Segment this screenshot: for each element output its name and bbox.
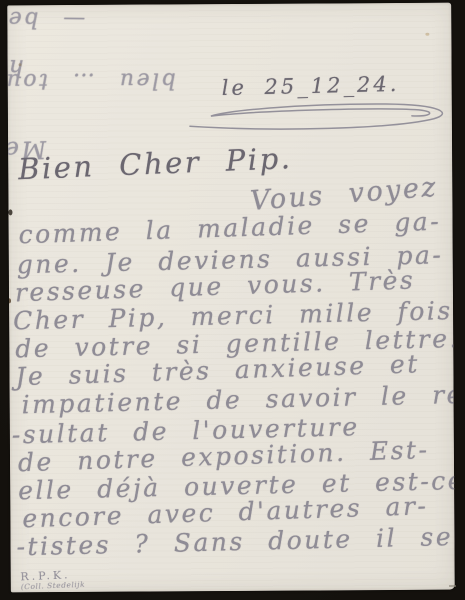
paper-speck <box>8 298 11 303</box>
scanner-edge-mark <box>449 585 456 587</box>
paper-speck <box>425 33 429 36</box>
pen-flourish-loop <box>184 99 455 139</box>
scanned-letter-background: — beaucoup mieux ; bien merci — Complime… <box>0 0 465 600</box>
paper-speck <box>8 209 12 215</box>
inverted-handwriting-line: — beaucoup mieux ; bien merci — <box>7 3 85 30</box>
paper-speck <box>19 63 22 66</box>
inverted-handwriting-line: bleu … tout <box>7 68 176 91</box>
salutation-line: Bien Cher Pip. <box>18 144 293 184</box>
letter-paper-sheet: — beaucoup mieux ; bien merci — Complime… <box>7 3 455 593</box>
collection-stamp: R.P.K. (Coll. Stedelijk inv. …) <box>20 568 85 593</box>
date-line: le 25_12_24. <box>221 74 399 99</box>
